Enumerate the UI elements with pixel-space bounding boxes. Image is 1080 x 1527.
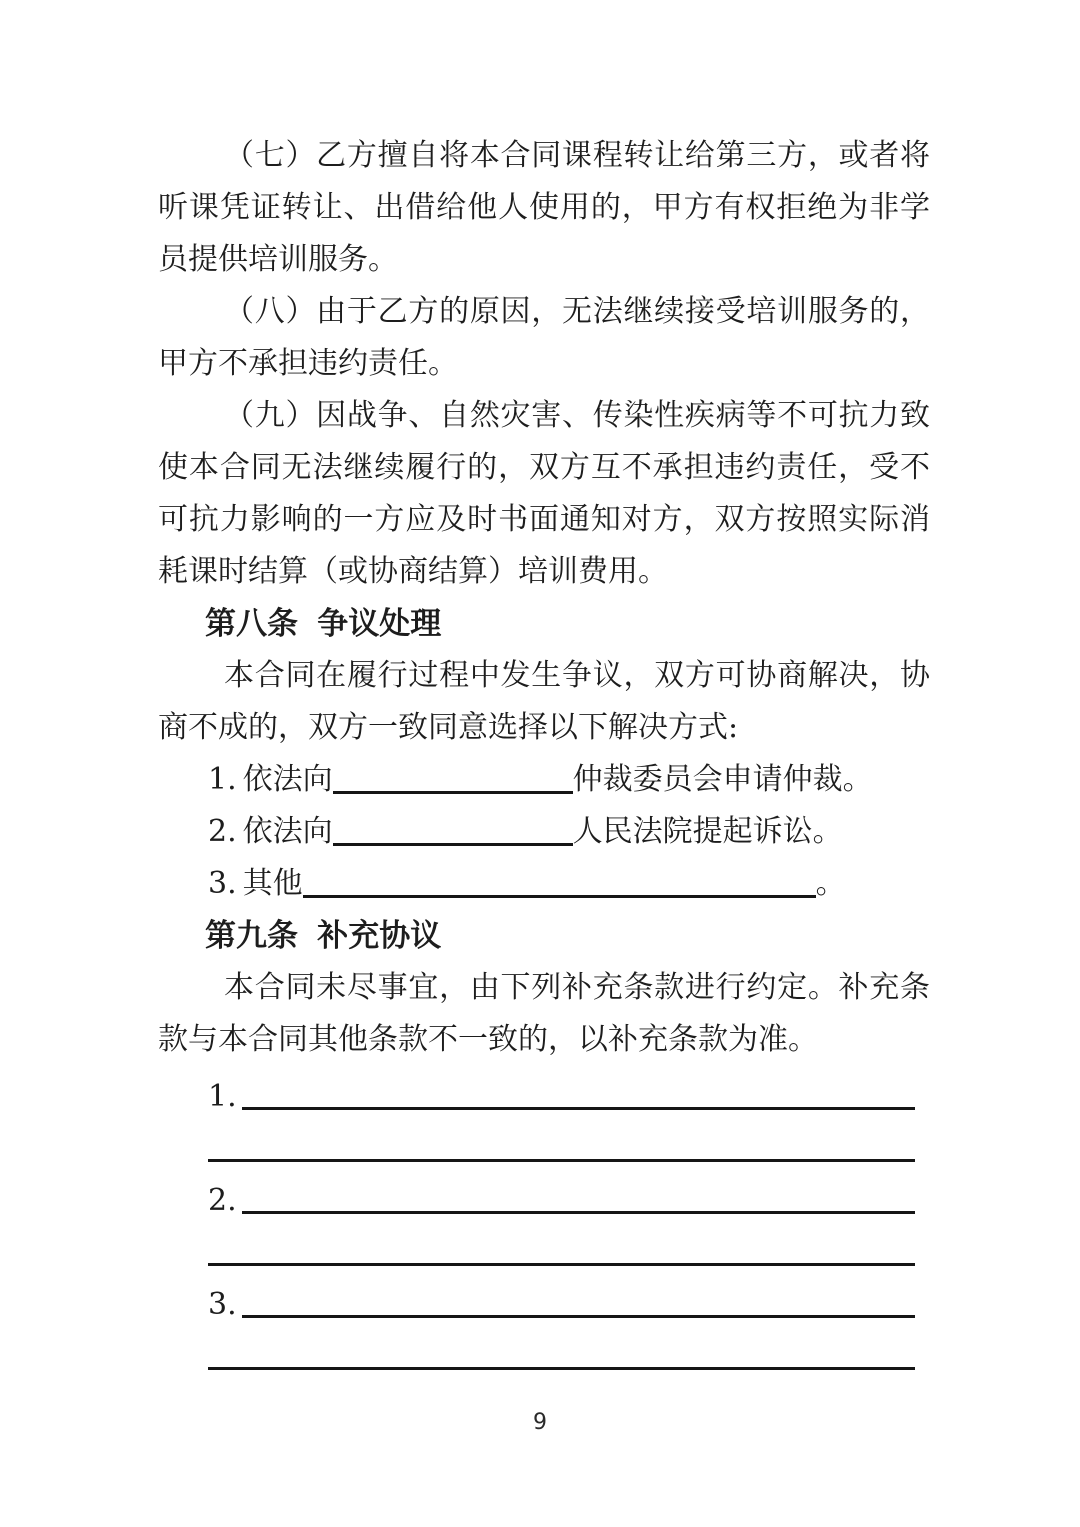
article-8-heading-number: 第八条	[205, 606, 298, 642]
option-prefix-text: 依法向	[243, 814, 333, 849]
blank-rule-line	[242, 1211, 915, 1214]
article-9-intro-paragraph: 本合同未尽事宜，由下列补充条款进行约定。补充条款与本合同其他条款不一致的，以补充…	[158, 962, 930, 1066]
item-number: 3.	[208, 1279, 237, 1331]
option-number: 1.	[208, 754, 237, 806]
dispute-option-other: 3.其他。	[158, 858, 930, 910]
article-9-heading-number: 第九条	[205, 918, 298, 954]
supplementary-item-1-continuation	[158, 1118, 930, 1170]
option-prefix-text: 其他	[243, 866, 303, 901]
clause-8-paragraph: （八）由于乙方的原因，无法继续接受培训服务的，甲方不承担违约责任。	[158, 286, 930, 390]
supplementary-item-2-continuation	[158, 1222, 930, 1274]
dispute-option-litigation: 2.依法向人民法院提起诉讼。	[158, 806, 930, 858]
article-9-heading-title: 补充协议	[317, 918, 441, 954]
supplementary-item-3: 3.	[158, 1274, 930, 1326]
article-9-heading: 第九条补充协议	[158, 910, 930, 962]
option-number: 3.	[208, 858, 237, 910]
article-8-intro-paragraph: 本合同在履行过程中发生争议，双方可协商解决，协商不成的，双方一致同意选择以下解决…	[158, 650, 930, 754]
item-number: 1.	[208, 1071, 237, 1123]
blank-rule-line	[208, 1367, 915, 1370]
article-8-heading: 第八条争议处理	[158, 598, 930, 650]
article-8-heading-title: 争议处理	[317, 606, 441, 642]
option-number: 2.	[208, 806, 237, 858]
page-number: 9	[0, 1410, 1080, 1436]
court-blank-field	[333, 843, 573, 846]
option-suffix-text: 仲裁委员会申请仲裁。	[573, 762, 873, 797]
other-method-blank-field	[303, 895, 816, 898]
blank-rule-line	[242, 1315, 915, 1318]
contract-body: （七）乙方擅自将本合同课程转让给第三方，或者将听课凭证转让、出借给他人使用的，甲…	[158, 130, 930, 1378]
clause-9-paragraph: （九）因战争、自然灾害、传染性疾病等不可抗力致使本合同无法继续履行的，双方互不承…	[158, 390, 930, 598]
blank-rule-line	[208, 1159, 915, 1162]
blank-rule-line	[242, 1107, 915, 1110]
supplementary-item-2: 2.	[158, 1170, 930, 1222]
item-number: 2.	[208, 1175, 237, 1227]
option-suffix-text: 。	[816, 866, 846, 901]
contract-page: （七）乙方擅自将本合同课程转让给第三方，或者将听课凭证转让、出借给他人使用的，甲…	[0, 0, 1080, 1527]
option-suffix-text: 人民法院提起诉讼。	[573, 814, 843, 849]
arbitration-committee-blank-field	[333, 791, 573, 794]
option-prefix-text: 依法向	[243, 762, 333, 797]
clause-7-paragraph: （七）乙方擅自将本合同课程转让给第三方，或者将听课凭证转让、出借给他人使用的，甲…	[158, 130, 930, 286]
supplementary-item-3-continuation	[158, 1326, 930, 1378]
dispute-option-arbitration: 1.依法向仲裁委员会申请仲裁。	[158, 754, 930, 806]
supplementary-item-1: 1.	[158, 1066, 930, 1118]
blank-rule-line	[208, 1263, 915, 1266]
